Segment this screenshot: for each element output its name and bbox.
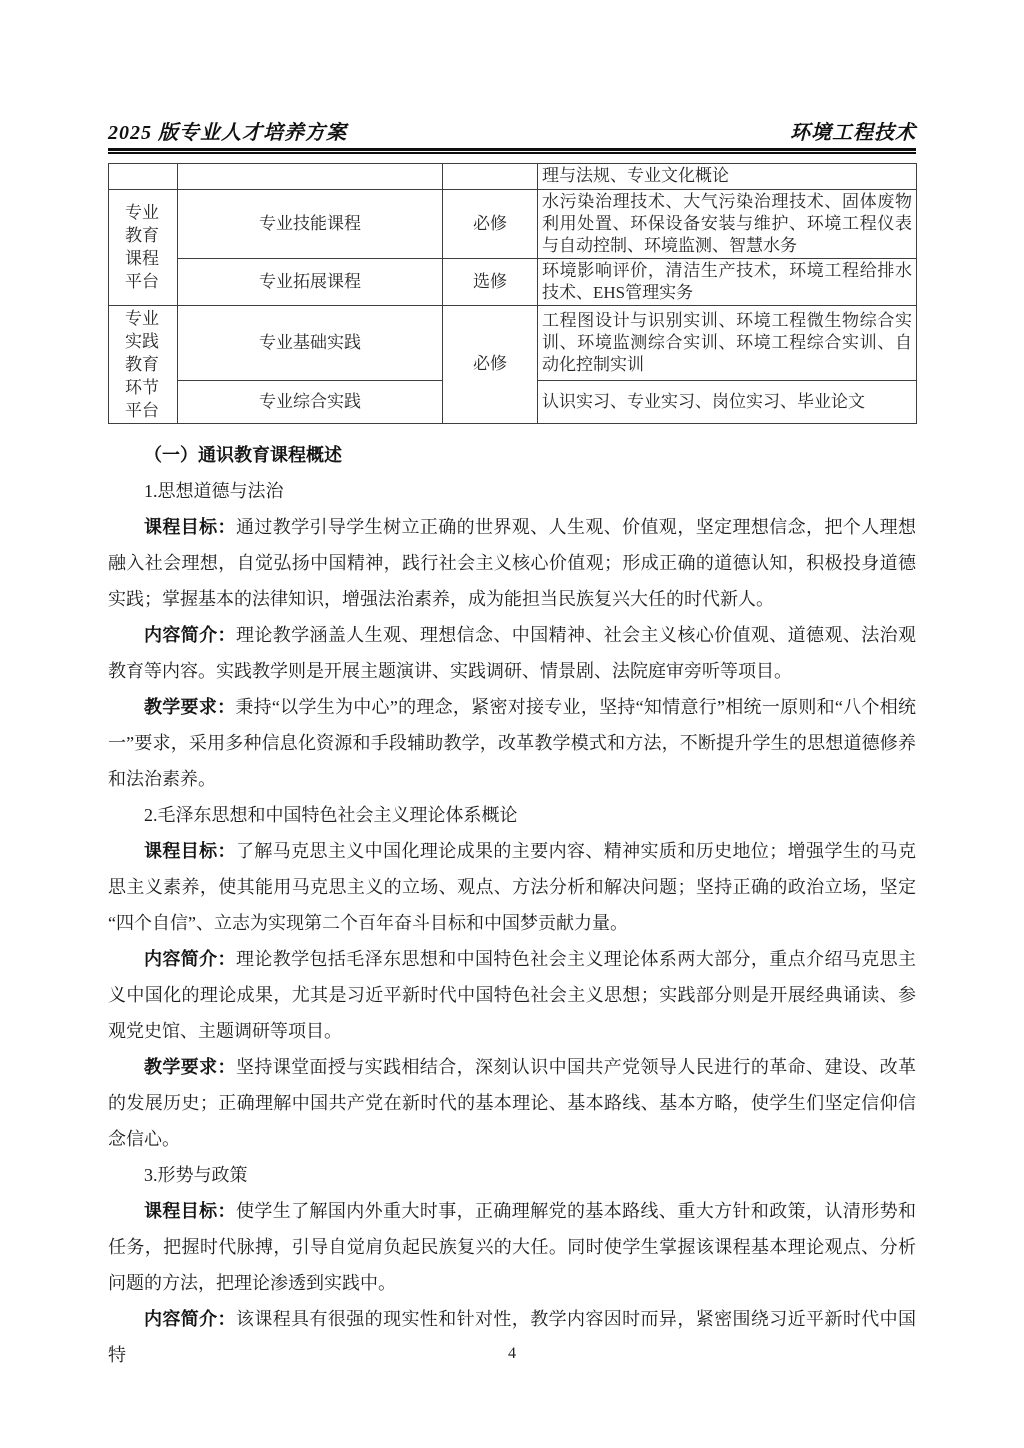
table-cell-type-empty: [443, 163, 538, 189]
paragraph-label: 内容简介：: [144, 949, 236, 969]
paragraph-label: 教学要求：: [144, 1057, 236, 1077]
document-body: （一）通识教育课程概述 1.思想道德与法治 课程目标：通过教学引导学生树立正确的…: [108, 437, 916, 1373]
table-row: 专业教育课程平台 专业技能课程 必修 水污染治理技术、大气污染治理技术、固体废物…: [109, 189, 917, 258]
paragraph-label: 课程目标：: [144, 841, 236, 861]
table-cell-courses: 工程图设计与识别实训、环境工程微生物综合实训、环境监测综合实训、环境工程综合实训…: [538, 305, 917, 380]
course-number-title: 3.形势与政策: [108, 1157, 916, 1193]
page-content: 2025 版专业人才培养方案 环境工程技术 理与法规、专业文化概论: [108, 0, 916, 1373]
header-left-title: 2025 版专业人才培养方案: [108, 121, 347, 145]
table-cell-courses: 环境影响评价，清洁生产技术，环境工程给排水技术、EHS管理实务: [538, 258, 917, 305]
table-cell-type-merged: 必修: [443, 305, 538, 423]
table-cell-courses: 理与法规、专业文化概论: [538, 163, 917, 189]
page-number: 4: [0, 1345, 1024, 1363]
table-cell-platform-empty: [109, 163, 178, 189]
paragraph-label: 内容简介：: [144, 1309, 236, 1329]
document-page: 2025 版专业人才培养方案 环境工程技术 理与法规、专业文化概论: [0, 0, 1024, 1448]
table-cell-category: 专业基础实践: [178, 305, 443, 380]
table-cell-category-empty: [178, 163, 443, 189]
course-paragraph: 教学要求：秉持“以学生为中心”的理念，紧密对接专业，坚持“知情意行”相统一原则和…: [108, 689, 916, 797]
table-cell-category: 专业技能课程: [178, 189, 443, 258]
paragraph-label: 课程目标：: [144, 1201, 236, 1221]
table-row-carryover: 理与法规、专业文化概论: [109, 163, 917, 189]
table-cell-type: 选修: [443, 258, 538, 305]
course-number-title: 1.思想道德与法治: [108, 473, 916, 509]
course-paragraph: 内容简介：理论教学涵盖人生观、理想信念、中国精神、社会主义核心价值观、道德观、法…: [108, 617, 916, 689]
header-right-title: 环境工程技术: [790, 121, 916, 145]
running-header: 2025 版专业人才培养方案 环境工程技术: [108, 0, 916, 145]
table-cell-platform-education: 专业教育课程平台: [109, 189, 178, 305]
course-paragraph: 课程目标：通过教学引导学生树立正确的世界观、人生观、价值观，坚定理想信念，把个人…: [108, 509, 916, 617]
paragraph-label: 课程目标：: [144, 517, 236, 537]
course-platform-table: 理与法规、专业文化概论 专业教育课程平台 专业技能课程 必修 水污染治理技术、大…: [108, 163, 917, 424]
course-paragraph: 教学要求：坚持课堂面授与实践相结合，深刻认识中国共产党领导人民进行的革命、建设、…: [108, 1049, 916, 1157]
table-row: 专业拓展课程 选修 环境影响评价，清洁生产技术，环境工程给排水技术、EHS管理实…: [109, 258, 917, 305]
table-cell-courses: 认识实习、专业实习、岗位实习、毕业论文: [538, 380, 917, 423]
header-divider: [108, 148, 916, 154]
section-heading: （一）通识教育课程概述: [108, 437, 916, 473]
paragraph-label: 教学要求：: [144, 697, 235, 717]
table-row: 专业实践教育环节平台 专业基础实践 必修 工程图设计与识别实训、环境工程微生物综…: [109, 305, 917, 380]
table-cell-type: 必修: [443, 189, 538, 258]
course-paragraph: 内容简介：理论教学包括毛泽东思想和中国特色社会主义理论体系两大部分，重点介绍马克…: [108, 941, 916, 1049]
course-paragraph: 课程目标：了解马克思主义中国化理论成果的主要内容、精神实质和历史地位；增强学生的…: [108, 833, 916, 941]
table-cell-category: 专业拓展课程: [178, 258, 443, 305]
table-cell-platform-practice: 专业实践教育环节平台: [109, 305, 178, 423]
table-cell-category: 专业综合实践: [178, 380, 443, 423]
header-divider-thin-line: [108, 152, 916, 154]
course-number-title: 2.毛泽东思想和中国特色社会主义理论体系概论: [108, 797, 916, 833]
table-cell-courses: 水污染治理技术、大气污染治理技术、固体废物利用处置、环保设备安装与维护、环境工程…: [538, 189, 917, 258]
paragraph-label: 内容简介：: [144, 625, 236, 645]
course-paragraph: 课程目标：使学生了解国内外重大时事，正确理解党的基本路线、重大方针和政策，认清形…: [108, 1193, 916, 1301]
